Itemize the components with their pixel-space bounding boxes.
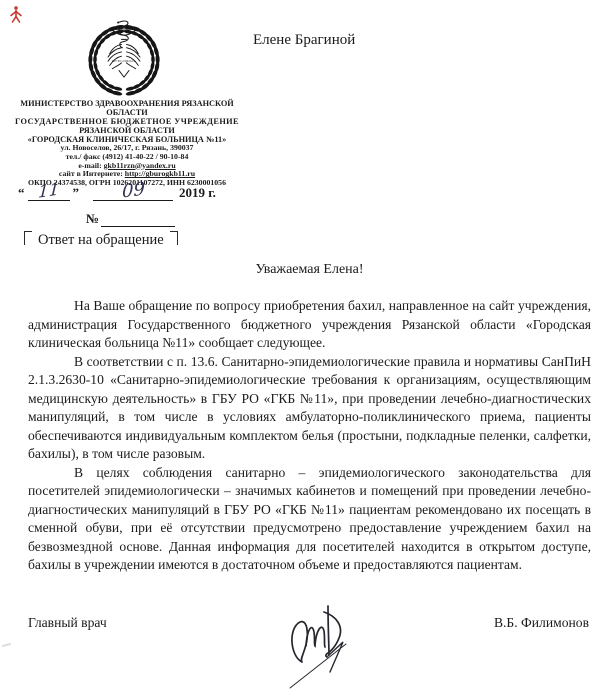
signature-icon	[278, 598, 356, 696]
red-corner-mark-icon	[8, 5, 24, 23]
org-institution-line: ГОСУДАРСТВЕННОЕ БЮДЖЕТНОЕ УЧРЕЖДЕНИЕ	[6, 117, 248, 126]
subject-text: Ответ на обращение	[38, 232, 164, 248]
letter-body: На Ваше обращение по вопросу приобретени…	[28, 297, 591, 575]
body-paragraph-3: В целях соблюдения санитарно – эпидемиол…	[28, 464, 591, 575]
right-corner-bracket	[170, 231, 178, 245]
org-email-label: e-mail:	[78, 161, 103, 170]
org-header-block: МИНИСТЕРСТВО ЗДРАВООХРАНЕНИЯ РЯЗАНСКОЙ О…	[6, 99, 248, 188]
salutation: Уважаемая Елена!	[28, 262, 591, 278]
scan-artifact	[2, 643, 11, 647]
recipient-name: Елене Брагиной	[253, 32, 355, 49]
date-day-underline: 11	[28, 185, 70, 201]
date-close-quote: ”	[73, 185, 80, 200]
hospital-emblem-icon: ГБУ РО «ГКБ №11»	[82, 13, 166, 101]
number-label: №	[86, 211, 99, 226]
date-open-quote: “	[18, 185, 25, 200]
emblem-caption: ГБУ РО «ГКБ №11»	[112, 59, 137, 63]
org-ministry-line: МИНИСТЕРСТВО ЗДРАВООХРАНЕНИЯ РЯЗАНСКОЙ О…	[6, 99, 248, 117]
date-year: 2019 г.	[179, 185, 216, 200]
subject-line: Ответ на обращение	[24, 230, 178, 249]
date-month-underline: 09	[93, 185, 173, 201]
number-line: №	[86, 211, 175, 227]
org-email-address: gkb11rzn@yandex.ru	[104, 161, 176, 170]
body-paragraph-1: На Ваше обращение по вопросу приобретени…	[28, 297, 591, 353]
org-site-label: сайт в Интернете:	[59, 169, 125, 178]
letter-page: ГБУ РО «ГКБ №11» Елене Брагиной МИНИСТЕР…	[0, 0, 611, 700]
number-underline	[101, 211, 175, 227]
signer-title: Главный врач	[28, 615, 107, 631]
handwritten-day: 11	[37, 179, 59, 203]
signer-name: В.Б. Филимонов	[494, 615, 589, 631]
org-site-url: http://gburogkb11.ru	[125, 169, 195, 178]
date-line: “11”092019 г.	[18, 185, 216, 201]
body-paragraph-2: В соответствии с п. 13.6. Санитарно-эпид…	[28, 353, 591, 464]
handwritten-month: 09	[121, 179, 144, 203]
org-region-line: РЯЗАНСКОЙ ОБЛАСТИ	[6, 126, 248, 135]
left-corner-bracket	[24, 231, 32, 245]
